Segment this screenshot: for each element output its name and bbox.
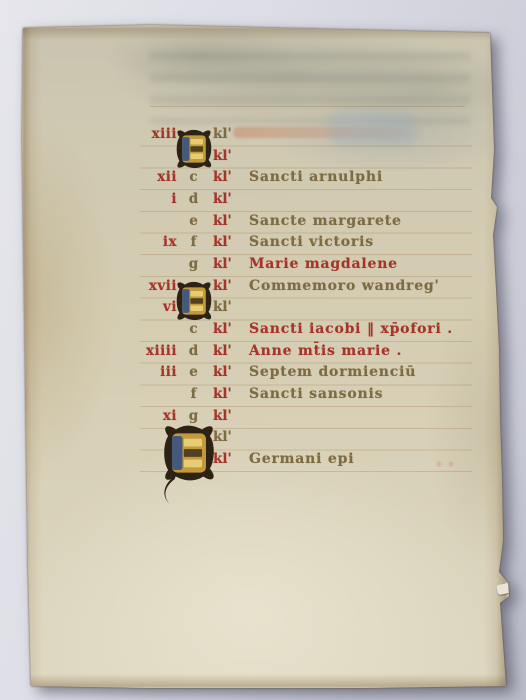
calendar-row: iii e kl' Septem dormienciū (140, 362, 480, 384)
feast-name: Anne mt̄is marie . (249, 343, 480, 359)
feast-name: Sancti sansonis (249, 386, 480, 402)
calendar-row: xiii kl' (140, 123, 480, 145)
dominical-letter: f (180, 386, 207, 402)
calendar-row: i d kl' (140, 188, 480, 210)
calendar-row: xiiii d kl' Anne mt̄is marie . (140, 340, 480, 362)
dominical-letter: c (180, 169, 207, 185)
kalends-abbreviation: kl' (207, 386, 249, 402)
kalends-abbreviation: kl' (207, 343, 249, 359)
calendar-text-block: xiii kl' b kl' xii c kl' Sancti arnulphi… (140, 123, 480, 470)
photo-background: xiii kl' b kl' xii c kl' Sancti arnulphi… (0, 0, 526, 700)
golden-number: xiiii (140, 343, 180, 359)
kalends-abbreviation: kl' (207, 408, 249, 424)
feast-name: Sancti victoris (249, 234, 480, 250)
feast-name: Sancte margarete (249, 213, 480, 229)
golden-number: i (140, 191, 180, 207)
feast-name: Septem dormienciū (249, 364, 480, 380)
illuminated-initial-icon (160, 423, 218, 483)
dominical-letter: g (180, 256, 207, 272)
dominical-letter: c (180, 321, 207, 337)
golden-number: xii (140, 169, 180, 185)
dominical-letter: e (180, 213, 207, 229)
kalends-abbreviation: kl' (207, 213, 249, 229)
golden-number: xi (140, 408, 180, 424)
kalends-abbreviation: kl' (207, 321, 249, 337)
feast-name: Commemoro wandreg' (249, 278, 480, 294)
dominical-letter: d (180, 343, 207, 359)
kalends-abbreviation: kl' (207, 191, 249, 207)
ruling-line-top (150, 106, 465, 107)
calendar-row: g kl' Marie magdalene (140, 253, 480, 275)
parchment-fiber-tab (496, 583, 511, 595)
dominical-letter: d (180, 191, 207, 207)
illuminated-initial-icon (174, 280, 214, 322)
left-edge-pink-mark (22, 388, 26, 410)
kalends-abbreviation: kl' (207, 169, 249, 185)
golden-number: ix (140, 234, 180, 250)
calendar-row: ix f kl' Sancti victoris (140, 231, 480, 253)
illuminated-initial-icon (174, 128, 214, 170)
feast-name: Marie magdalene (249, 256, 480, 272)
calendar-row: xvii kl' Commemoro wandreg' (140, 275, 480, 297)
manuscript-leaf: xiii kl' b kl' xii c kl' Sancti arnulphi… (0, 0, 526, 700)
showthrough-stain (150, 52, 470, 124)
kalends-abbreviation: kl' (207, 234, 249, 250)
feast-name: Sancti iacobi ‖ xp̄ofori . (249, 321, 480, 337)
calendar-row: f kl' Sancti sansonis (140, 383, 480, 405)
kalends-abbreviation: kl' (207, 256, 249, 272)
calendar-row: kl' (140, 427, 480, 449)
golden-number: iii (140, 364, 180, 380)
leaf-wrap: xiii kl' b kl' xii c kl' Sancti arnulphi… (0, 0, 526, 700)
dominical-letter: f (180, 234, 207, 250)
calendar-row: e kl' Sancte margarete (140, 210, 480, 232)
kalends-abbreviation: kl' (207, 364, 249, 380)
dominical-letter: e (180, 364, 207, 380)
feast-name: Sancti arnulphi (249, 169, 480, 185)
dominical-letter: g (180, 408, 207, 424)
feast-name: Germani epi (249, 451, 480, 467)
